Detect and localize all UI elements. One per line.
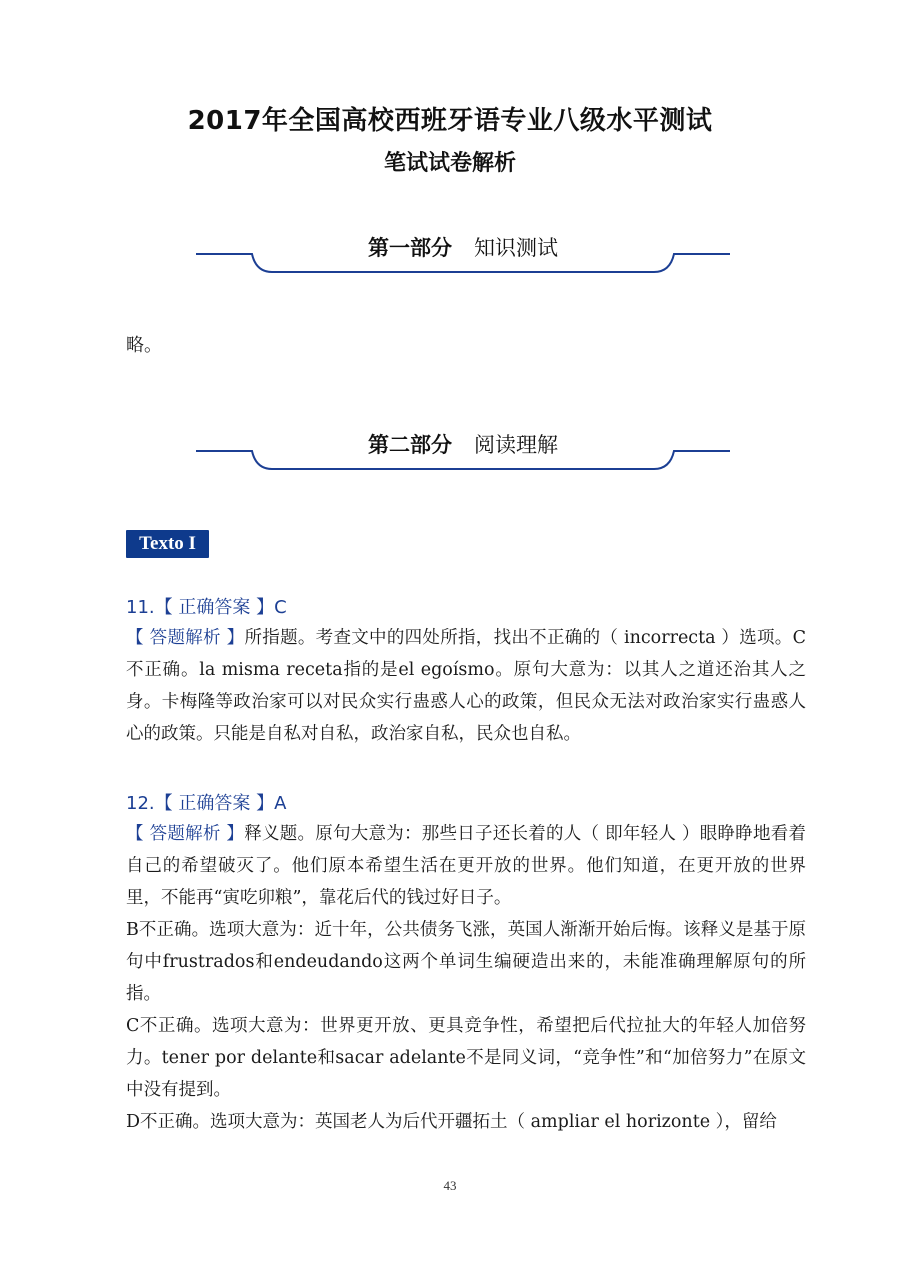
option-c-analysis: C不正确。选项大意为：世界更开放、更具竞争性，希望把后代拉扯大的年轻人加倍努力。…	[126, 1010, 806, 1106]
texto-badge: Texto I	[126, 530, 209, 558]
section-name: 阅读理解	[474, 433, 558, 457]
analysis-tag: 【 答题解析 】	[126, 824, 244, 844]
section-header-part-2: 第二部分阅读理解	[196, 429, 730, 479]
section-title: 第二部分阅读理解	[196, 429, 730, 459]
document-subtitle: 笔试试卷解析	[0, 146, 900, 177]
option-d-analysis: D不正确。选项大意为：英国老人为后代开疆拓土（ ampliar el horiz…	[126, 1106, 806, 1138]
question-11-answer: 11.【 正确答案 】C	[126, 593, 287, 619]
question-12-answer: 12.【 正确答案 】A	[126, 789, 286, 815]
section-header-part-1: 第一部分知识测试	[196, 232, 730, 282]
section-number: 第一部分	[368, 236, 452, 260]
section-number: 第二部分	[368, 433, 452, 457]
section-name: 知识测试	[474, 236, 558, 260]
question-12-analysis: 【 答题解析 】释义题。原句大意为：那些日子还长着的人（ 即年轻人 ）眼睁睁地看…	[126, 818, 806, 1138]
page-number: 43	[0, 1178, 900, 1194]
analysis-tag: 【 答题解析 】	[126, 628, 244, 648]
section-title: 第一部分知识测试	[196, 232, 730, 262]
section-1-body: 略。	[126, 330, 806, 362]
question-11-analysis: 【 答题解析 】所指题。考查文中的四处所指，找出不正确的（ incorrecta…	[126, 622, 806, 750]
option-b-analysis: B不正确。选项大意为：近十年，公共债务飞涨，英国人渐渐开始后悔。该释义是基于原句…	[126, 914, 806, 1010]
document-title: 2017年全国高校西班牙语专业八级水平测试	[0, 100, 900, 137]
